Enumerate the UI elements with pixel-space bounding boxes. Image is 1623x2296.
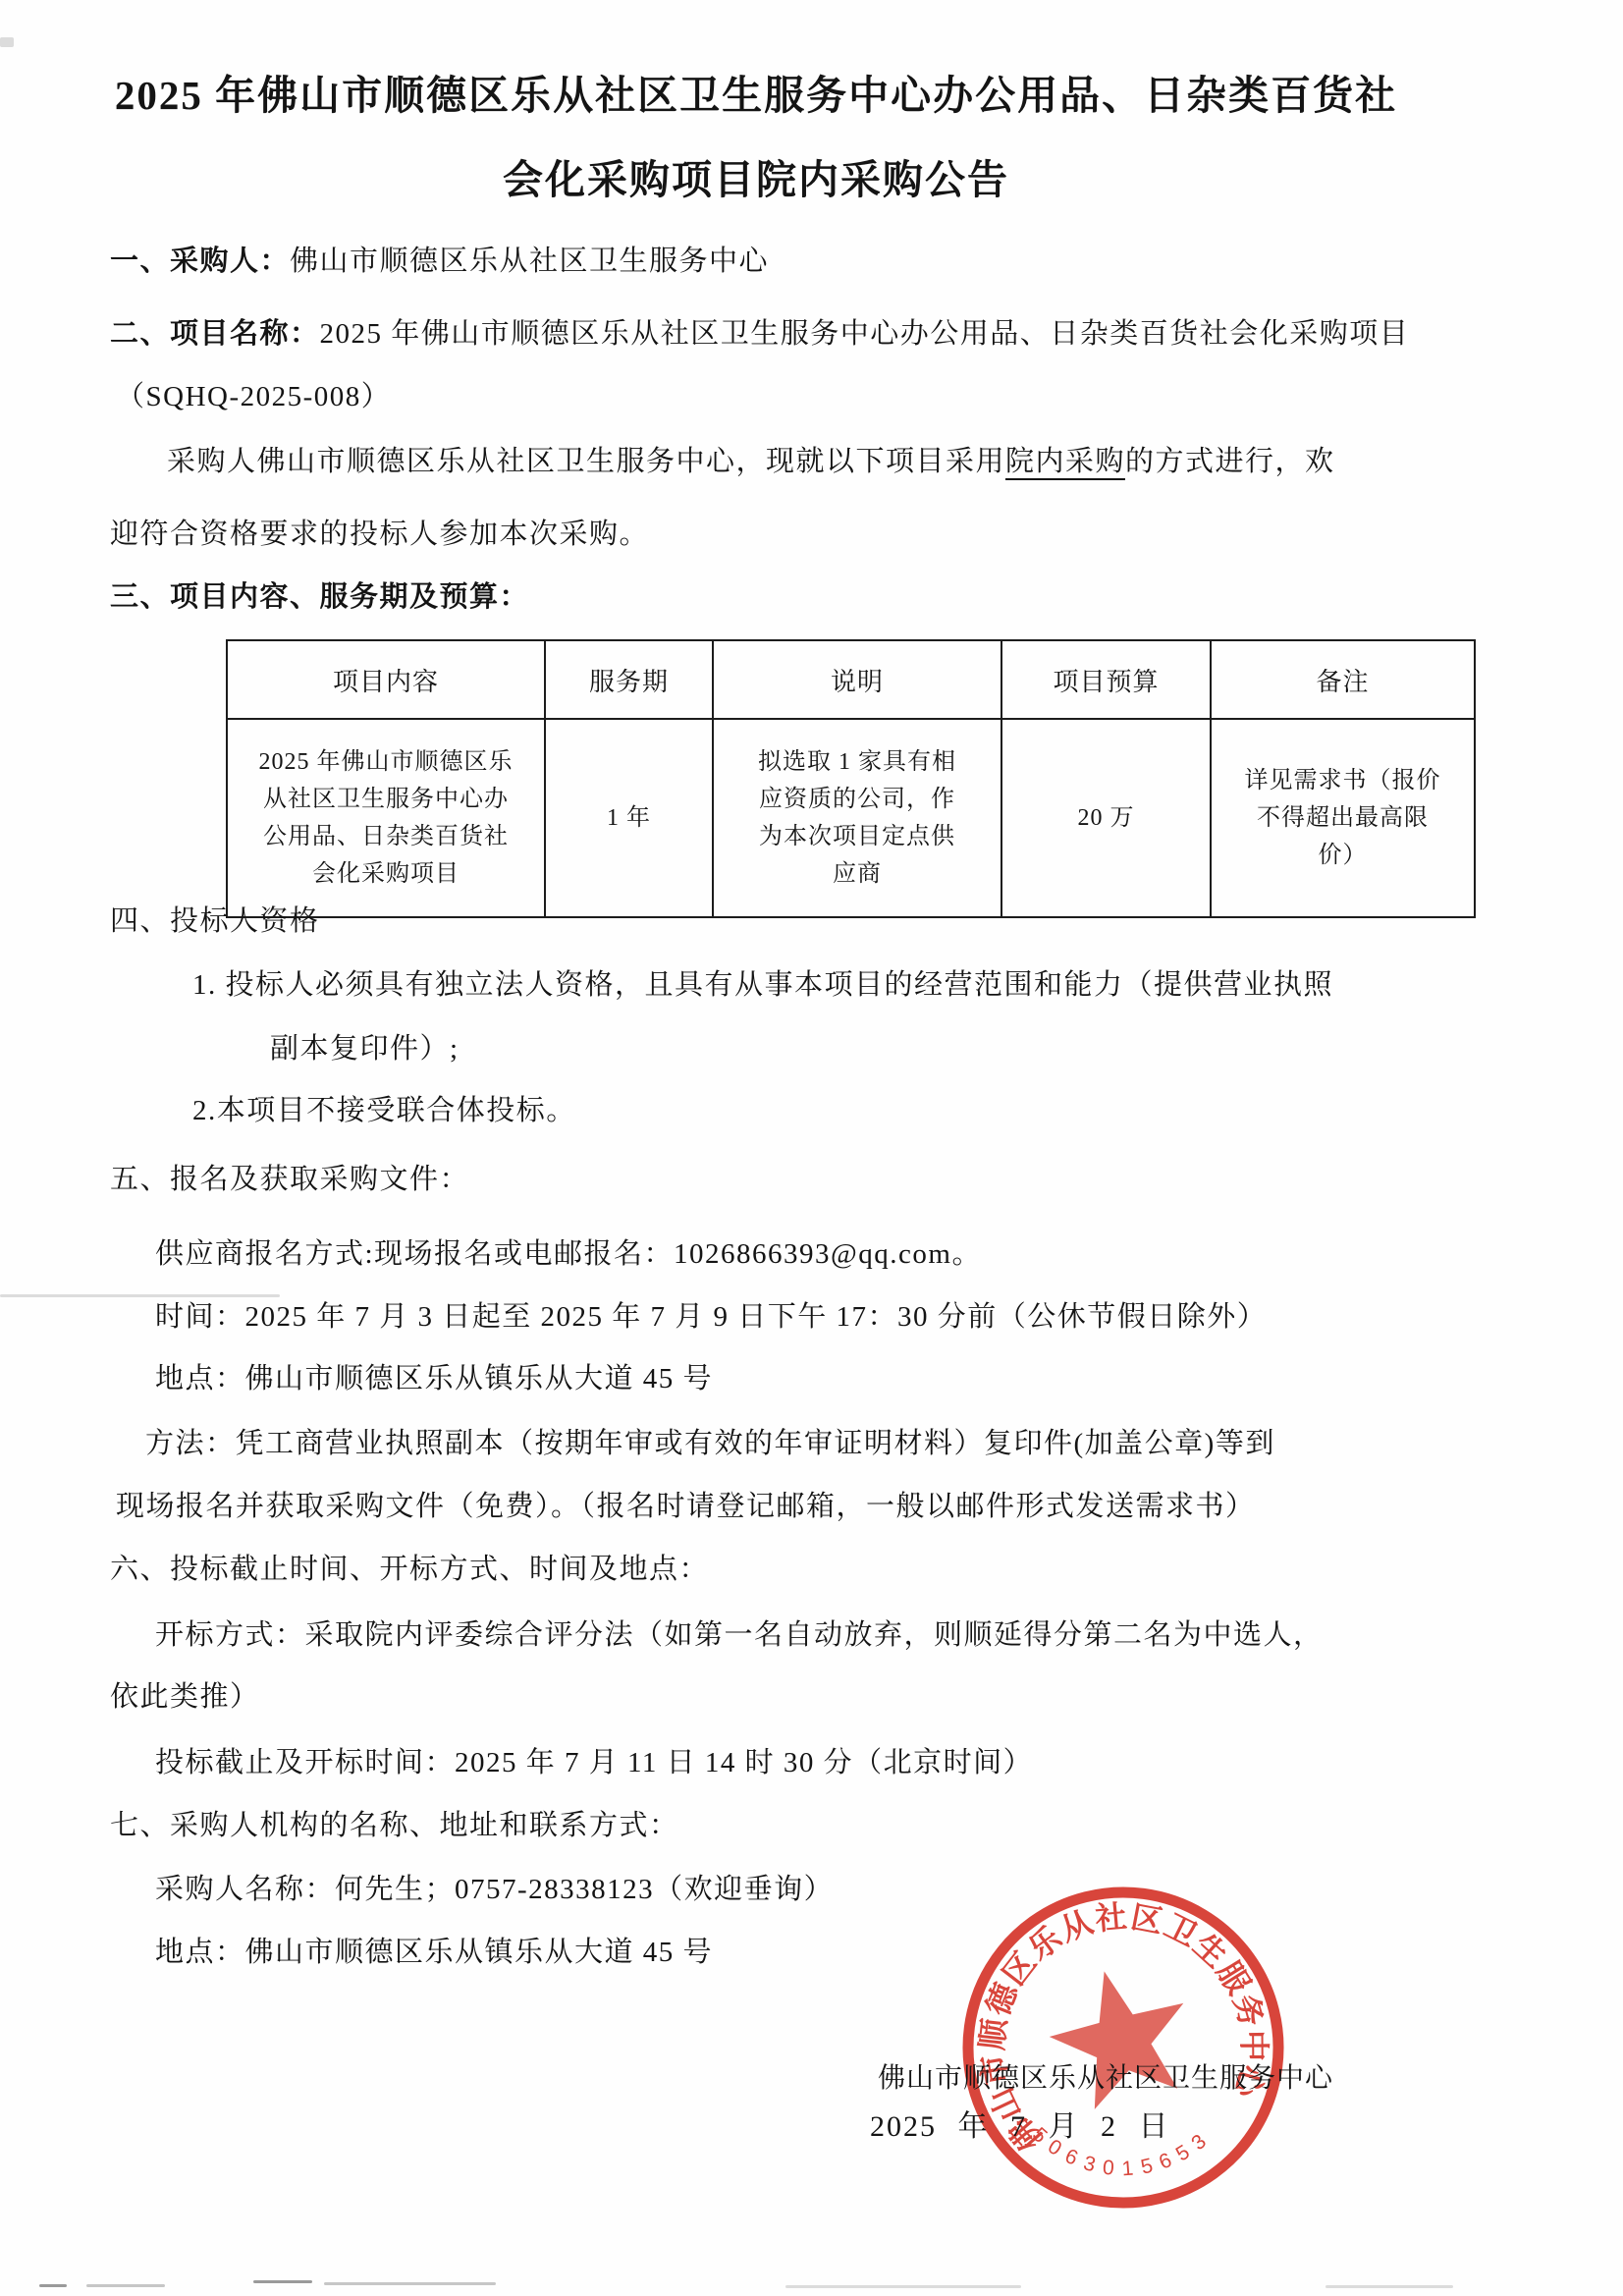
bidder-qualification-item-2: 2.本项目不接受联合体投标。 [192, 1093, 576, 1128]
underlined-procurement-method: 院内采购 [1005, 446, 1125, 480]
scan-artifact [1325, 2285, 1453, 2288]
table-cell-project-content: 2025 年佛山市顺德区乐从社区卫生服务中心办公用品、日杂类百货社会化采购项目 [227, 719, 545, 917]
registration-time: 时间：2025 年 7 月 3 日起至 2025 年 7 月 9 日下午 17：… [155, 1299, 1267, 1335]
scan-artifact [0, 37, 14, 47]
bid-opening-method-line-2: 依此类推） [110, 1679, 260, 1715]
table-header-row: 项目内容 服务期 说明 项目预算 备注 [227, 640, 1475, 719]
document-title-line-1: 2025 年佛山市顺德区乐从社区卫生服务中心办公用品、日杂类百货社 [59, 71, 1453, 120]
scanned-document-page: 2025 年佛山市顺德区乐从社区卫生服务中心办公用品、日杂类百货社 会化采购项目… [0, 0, 1623, 2296]
intro-paragraph-line-1: 采购人佛山市顺德区乐从社区卫生服务中心，现就以下项目采用院内采购的方式进行，欢 [167, 444, 1335, 479]
project-code: （SQHQ-2025-008） [116, 379, 391, 414]
section-2-project-name: 二、项目名称：2025 年佛山市顺德区乐从社区卫生服务中心办公用品、日杂类百货社… [110, 316, 1409, 352]
intro-paragraph-line-2: 迎符合资格要求的投标人参加本次采购。 [110, 517, 649, 552]
section-2-label: 二、项目名称： [110, 318, 320, 350]
section-4-heading: 四、投标人资格 [110, 903, 320, 939]
scan-artifact [0, 1294, 280, 1297]
table-data-row: 2025 年佛山市顺德区乐从社区卫生服务中心办公用品、日杂类百货社会化采购项目 … [227, 719, 1475, 917]
registration-address: 地点：佛山市顺德区乐从镇乐从大道 45 号 [155, 1361, 713, 1396]
document-title-line-2: 会化采购项目院内采购公告 [59, 155, 1453, 204]
bid-deadline-time: 投标截止及开标时间：2025 年 7 月 11 日 14 时 30 分（北京时间… [155, 1745, 1033, 1780]
project-name: 2025 年佛山市顺德区乐从社区卫生服务中心办公用品、日杂类百货社会化采购项目 [320, 318, 1410, 350]
official-seal: 佛山市顺德区乐从社区卫生服务中心 5063015653 [935, 1859, 1313, 2237]
table-header-service-period: 服务期 [545, 640, 713, 719]
scan-artifact [253, 2280, 312, 2283]
table-header-remarks: 备注 [1211, 640, 1475, 719]
signature-date: 2025 年 7 月 2 日 [870, 2102, 1170, 2145]
table-cell-description: 拟选取 1 家具有相应资质的公司，作为本次项目定点供应商 [713, 719, 1001, 917]
table-header-budget: 项目预算 [1001, 640, 1211, 719]
table-cell-budget: 20 万 [1001, 719, 1211, 917]
registration-method: 供应商报名方式:现场报名或电邮报名：1026866393@qq.com。 [155, 1236, 982, 1272]
bid-opening-method-line-1: 开标方式：采取院内评委综合评分法（如第一名自动放弃，则顺延得分第二名为中选人， [155, 1617, 1324, 1653]
scan-artifact [39, 2284, 67, 2287]
scan-artifact [324, 2282, 496, 2285]
purchaser-name: 佛山市顺德区乐从社区卫生服务中心 [290, 246, 769, 277]
bidder-qualification-item-1-line-1: 1. 投标人必须具有独立法人资格，且具有从事本项目的经营范围和能力（提供营业执照 [192, 967, 1333, 1003]
contact-address: 地点：佛山市顺德区乐从镇乐从大道 45 号 [155, 1935, 713, 1970]
intro-post: 的方式进行，欢 [1125, 446, 1335, 477]
intro-pre: 采购人佛山市顺德区乐从社区卫生服务中心，现就以下项目采用 [167, 446, 1005, 477]
scan-artifact [86, 2284, 165, 2287]
table-header-project-content: 项目内容 [227, 640, 545, 719]
section-1-purchaser: 一、采购人：佛山市顺德区乐从社区卫生服务中心 [110, 244, 769, 279]
table-cell-remarks: 详见需求书（报价不得超出最高限价） [1211, 719, 1475, 917]
section-6-heading: 六、投标截止时间、开标方式、时间及地点： [110, 1552, 709, 1587]
section-7-heading: 七、采购人机构的名称、地址和联系方式： [110, 1808, 679, 1843]
section-3-heading: 三、项目内容、服务期及预算： [110, 579, 529, 615]
registration-procedure-line-2: 现场报名并获取采购文件（免费）。（报名时请登记邮箱，一般以邮件形式发送需求书） [116, 1489, 1256, 1524]
bidder-qualification-item-1-line-2: 副本复印件）; [270, 1031, 460, 1066]
registration-procedure-line-1: 方法：凭工商营业执照副本（按期年审或有效的年审证明材料）复印件(加盖公章)等到 [145, 1426, 1275, 1461]
scan-artifact [785, 2285, 1021, 2288]
section-5-heading: 五、报名及获取采购文件： [110, 1162, 469, 1197]
table-header-description: 说明 [713, 640, 1001, 719]
contact-person: 采购人名称：何先生；0757-28338123（欢迎垂询） [155, 1872, 834, 1907]
signature-organization: 佛山市顺德区乐从社区卫生服务中心 [878, 2056, 1333, 2096]
procurement-table: 项目内容 服务期 说明 项目预算 备注 2025 年佛山市顺德区乐从社区卫生服务… [226, 639, 1476, 918]
section-1-label: 一、采购人： [110, 246, 290, 277]
table-cell-service-period: 1 年 [545, 719, 713, 917]
